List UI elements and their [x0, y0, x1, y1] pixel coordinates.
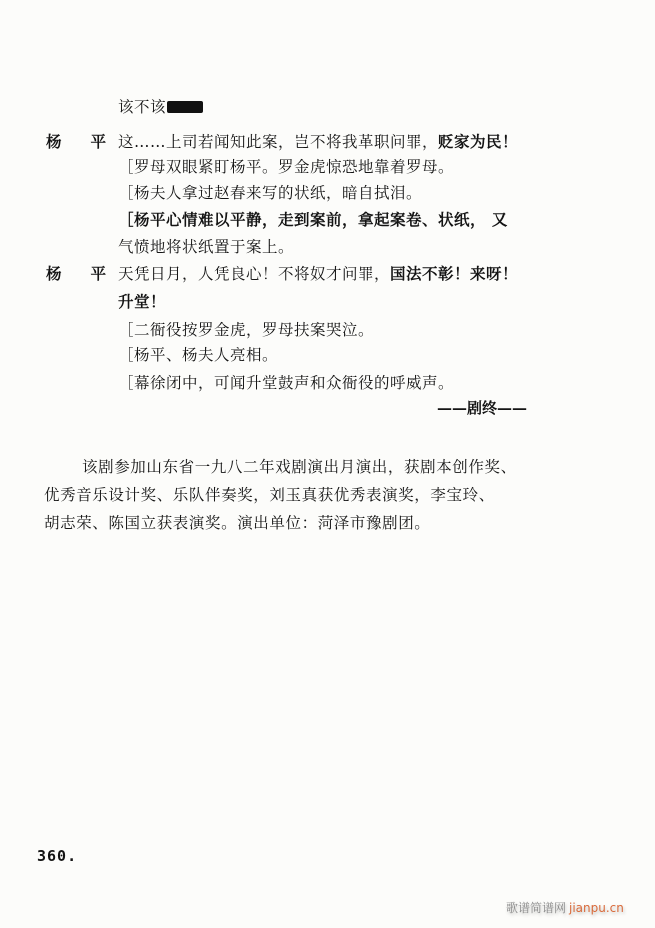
speaker-name: 杨 平 [46, 264, 106, 284]
dialogue-text-bold: 贬家为民！ [438, 132, 518, 151]
stage-direction-continuation: 气愤地将状纸置于案上。 [118, 237, 294, 257]
stage-direction: ［杨夫人拿过赵春来写的状纸，暗自拭泪。 [118, 183, 422, 203]
dialogue-line: 这……上司若闻知此案，岂不将我革职问罪，贬家为民！ [118, 132, 518, 152]
watermark-domain: jianpu.cn [569, 901, 624, 915]
stage-direction: ［杨平、杨夫人亮相。 [118, 345, 278, 365]
stage-direction: ［幕徐闭中，可闻升堂鼓声和众衙役的呼威声。 [118, 373, 454, 393]
dialogue-text: 天凭日月，人凭良心！不将奴才问罪， [118, 265, 390, 283]
note-paragraph-line: 胡志荣、陈国立获表演奖。演出单位：菏泽市豫剧团。 [44, 513, 430, 533]
end-of-play-mark: ——剧终—— [437, 398, 527, 418]
dialogue-line: 天凭日月，人凭良心！不将奴才问罪，国法不彰！来呀！ [118, 264, 518, 284]
stage-direction: ［杨平心情难以平静，走到案前，拿起案卷、状纸， 又 [118, 210, 508, 230]
dialogue-text: 这……上司若闻知此案，岂不将我革职问罪， [118, 133, 438, 151]
watermark-site-name: 歌谱简谱网 [506, 901, 566, 915]
dialogue-text-bold: 国法不彰！来呀！ [390, 264, 518, 283]
note-paragraph-line: 优秀音乐设计奖、乐队伴奏奖，刘玉真获优秀表演奖，李宝玲、 [44, 485, 495, 505]
page-number: 360. [37, 847, 77, 865]
speaker-name-char: 杨 [46, 132, 62, 152]
dialogue-continuation: 升堂！ [118, 292, 166, 312]
redaction-mark [167, 101, 203, 113]
script-line-text: 该不该 [118, 98, 166, 116]
stage-direction: ［罗母双眼紧盯杨平。罗金虎惊恐地靠着罗母。 [118, 157, 454, 177]
note-paragraph-line: 该剧参加山东省一九八二年戏剧演出月演出，获剧本创作奖、 [82, 457, 517, 477]
watermark: 歌谱简谱网jianpu.cn [506, 899, 624, 916]
speaker-name-char: 平 [90, 132, 106, 152]
script-line-continuation: 该不该 [118, 97, 203, 117]
document-page: 该不该 杨 平 这……上司若闻知此案，岂不将我革职问罪，贬家为民！ ［罗母双眼紧… [0, 0, 655, 928]
speaker-name-char: 平 [90, 264, 106, 284]
stage-direction: ［二衙役按罗金虎，罗母扶案哭泣。 [118, 320, 374, 340]
speaker-name-char: 杨 [46, 264, 62, 284]
speaker-name: 杨 平 [46, 132, 106, 152]
